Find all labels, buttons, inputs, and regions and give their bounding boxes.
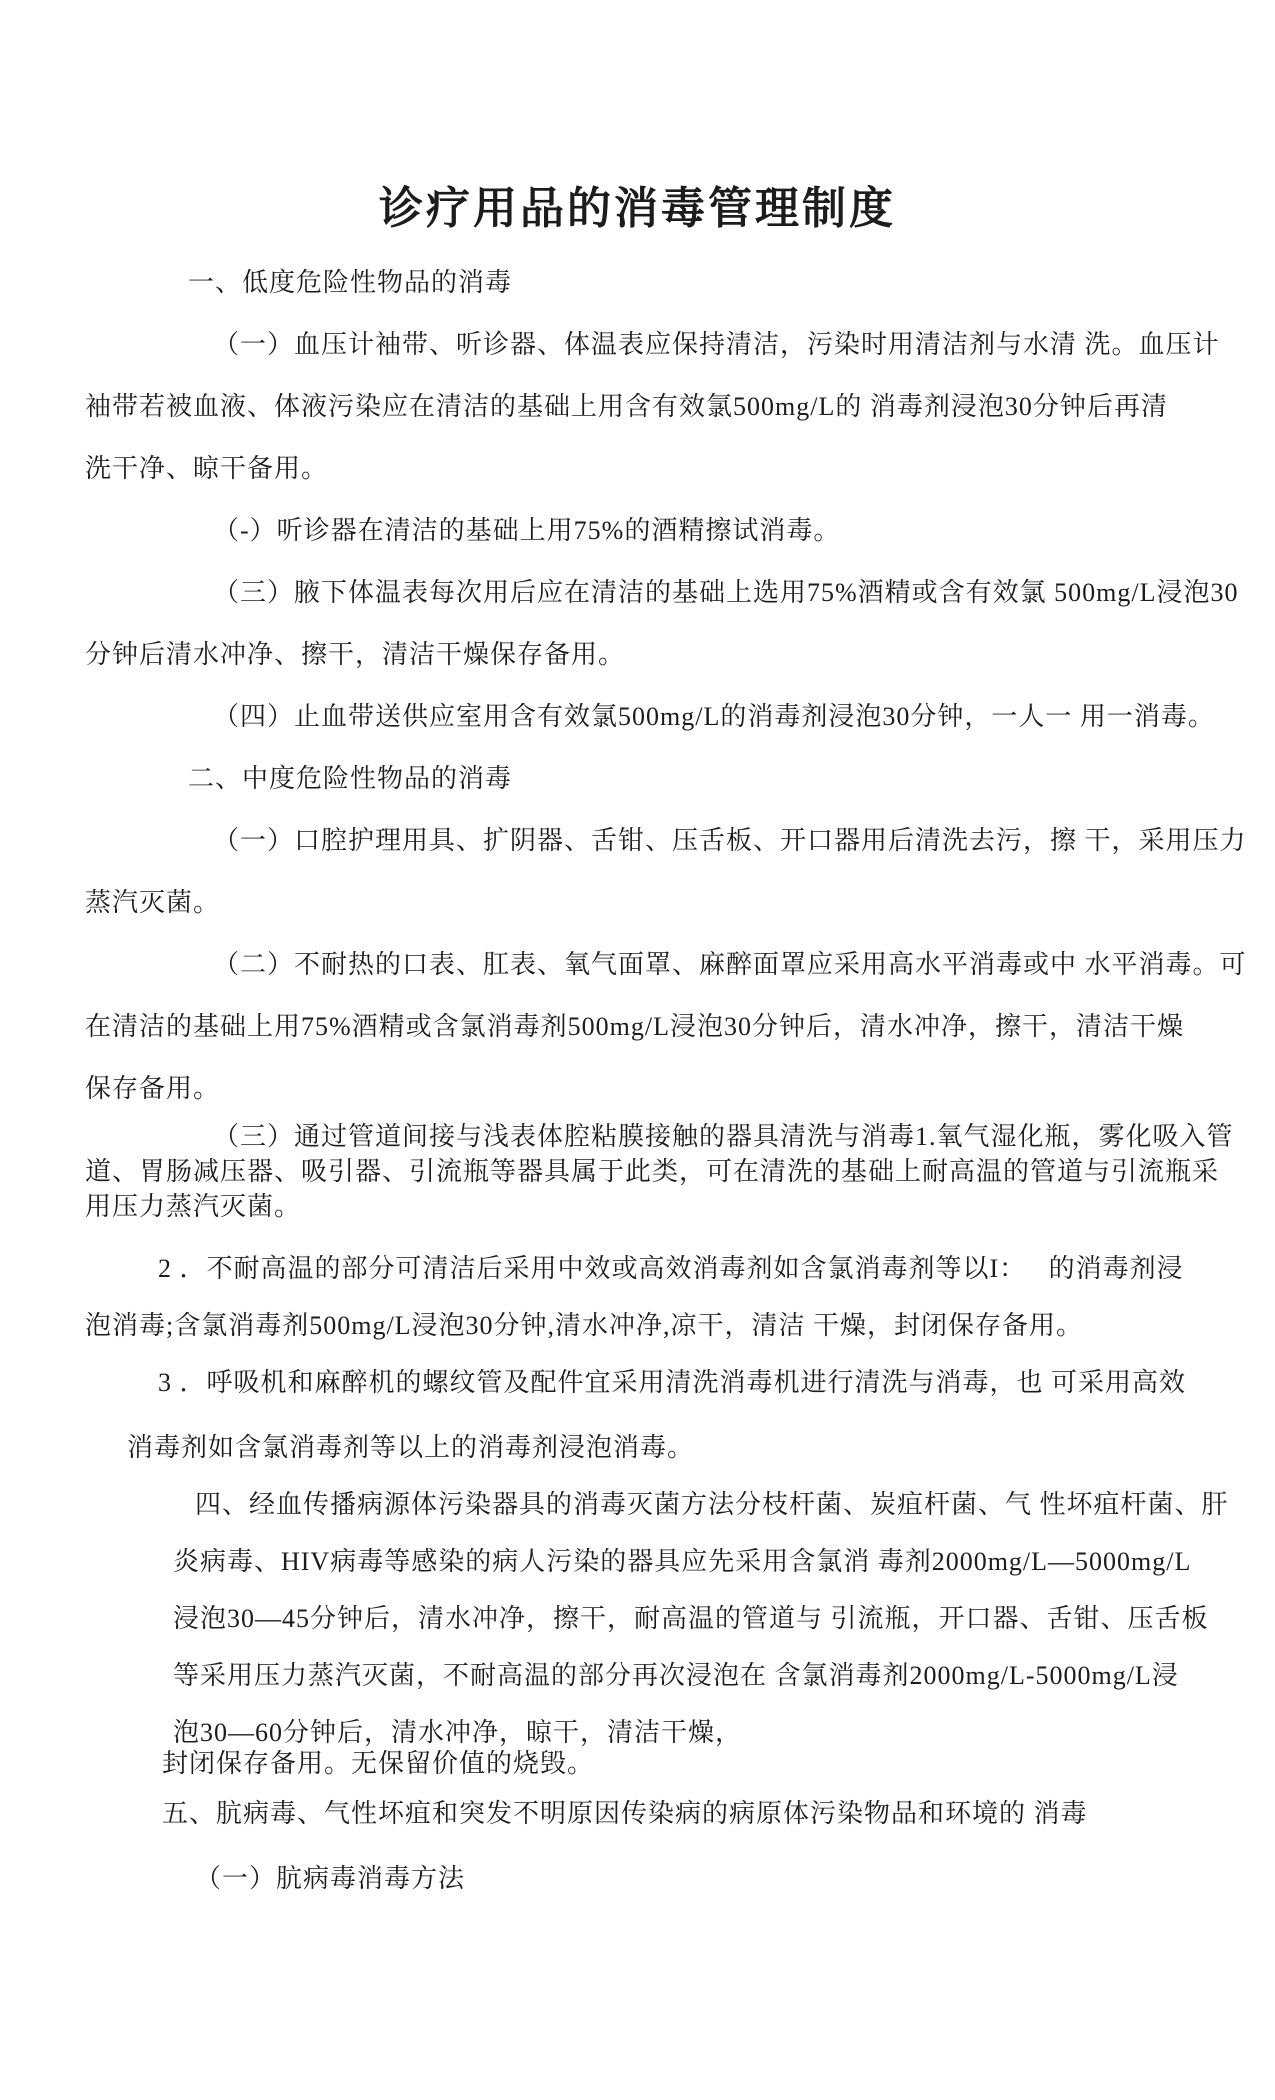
document-line: 一、低度危险性物品的消毒 xyxy=(188,270,1235,296)
document-line: 浸泡30—45分钟后，清水冲净，擦干，耐高温的管道与 引流瓶，开口器、舌钳、压舌… xyxy=(173,1606,1235,1632)
document-page: 诊疗用品的消毒管理制度 一、低度危险性物品的消毒（一）血压计袖带、听诊器、体温表… xyxy=(0,0,1275,2100)
document-line: 在清洁的基础上用75%酒精或含氯消毒剂500mg/L浸泡30分钟后，清水冲净，擦… xyxy=(85,1014,1235,1040)
document-line: 道、胃肠减压器、吸引器、引流瓶等器具属于此类，可在清洗的基础上耐高温的管道与引流… xyxy=(85,1159,1235,1185)
document-line: 保存备用。 xyxy=(85,1076,1235,1102)
document-line: 二、中度危险性物品的消毒 xyxy=(188,766,1235,792)
document-line: 等采用压力蒸汽灭菌，不耐高温的部分再次浸泡在 含氯消毒剂2000mg/L-500… xyxy=(173,1663,1235,1689)
document-lines: 一、低度危险性物品的消毒（一）血压计袖带、听诊器、体温表应保持清洁，污染时用清洁… xyxy=(0,270,1275,1892)
document-line: （一）口腔护理用具、扩阴器、舌钳、压舌板、开口器用后清洗去污，擦 干，采用压力 xyxy=(213,828,1235,854)
document-line: 3 ．呼吸机和麻醉机的螺纹管及配件宜采用清洗消毒机进行清洗与消毒，也 可采用高效 xyxy=(158,1370,1235,1396)
document-line: 泡30—60分钟后，清水冲净，晾干，清洁干燥， xyxy=(173,1720,1235,1746)
document-line: 四、经血传播病源体污染器具的消毒灭菌方法分枝杆菌、炭疽杆菌、气 性坏疽杆菌、肝 xyxy=(195,1492,1235,1518)
document-title: 诊疗用品的消毒管理制度 xyxy=(0,185,1275,233)
document-line: 蒸汽灭菌。 xyxy=(85,890,1235,916)
document-line: 五、肮病毒、气性坏疽和突发不明原因传染病的病原体污染物品和环境的 消毒 xyxy=(162,1801,1235,1827)
document-line: 用压力蒸汽灭菌。 xyxy=(85,1194,1235,1220)
document-line: 2 ．不耐高温的部分可清洁后采用中效或高效消毒剂如含氯消毒剂等以I： 的消毒剂浸 xyxy=(158,1256,1235,1282)
document-line: （三）通过管道间接与浅表体腔粘膜接触的器具清洗与消毒1.氧气湿化瓶，雾化吸入管 xyxy=(213,1124,1235,1150)
document-line: （三）腋下体温表每次用后应在清洁的基础上选用75%酒精或含有效氯 500mg/L… xyxy=(213,580,1235,606)
document-line: 消毒剂如含氯消毒剂等以上的消毒剂浸泡消毒。 xyxy=(127,1435,1235,1461)
document-line: （四）止血带送供应室用含有效氯500mg/L的消毒剂浸泡30分钟，一人一 用一消… xyxy=(213,704,1235,730)
document-line: 炎病毒、HIV病毒等感染的病人污染的器具应先采用含氯消 毒剂2000mg/L—5… xyxy=(173,1549,1235,1575)
document-line: 分钟后清水冲净、擦干，清洁干燥保存备用。 xyxy=(85,642,1235,668)
document-line: （一）血压计袖带、听诊器、体温表应保持清洁，污染时用清洁剂与水清 洗。血压计 xyxy=(213,332,1235,358)
document-line: （二）不耐热的口表、肛表、氧气面罩、麻醉面罩应采用高水平消毒或中 水平消毒。可 xyxy=(213,952,1235,978)
document-line: 封闭保存备用。无保留价值的烧毁。 xyxy=(162,1751,1235,1777)
document-line: （一）肮病毒消毒方法 xyxy=(195,1866,1235,1892)
document-line: （-）听诊器在清洁的基础上用75%的酒精擦试消毒。 xyxy=(213,518,1235,544)
document-line: 洗干净、晾干备用。 xyxy=(85,456,1235,482)
document-line: 泡消毒;含氯消毒剂500mg/L浸泡30分钟,清水冲净,凉干，清洁 干燥，封闭保… xyxy=(85,1313,1235,1339)
document-line: 袖带若被血液、体液污染应在清洁的基础上用含有效氯500mg/L的 消毒剂浸泡30… xyxy=(85,394,1235,420)
